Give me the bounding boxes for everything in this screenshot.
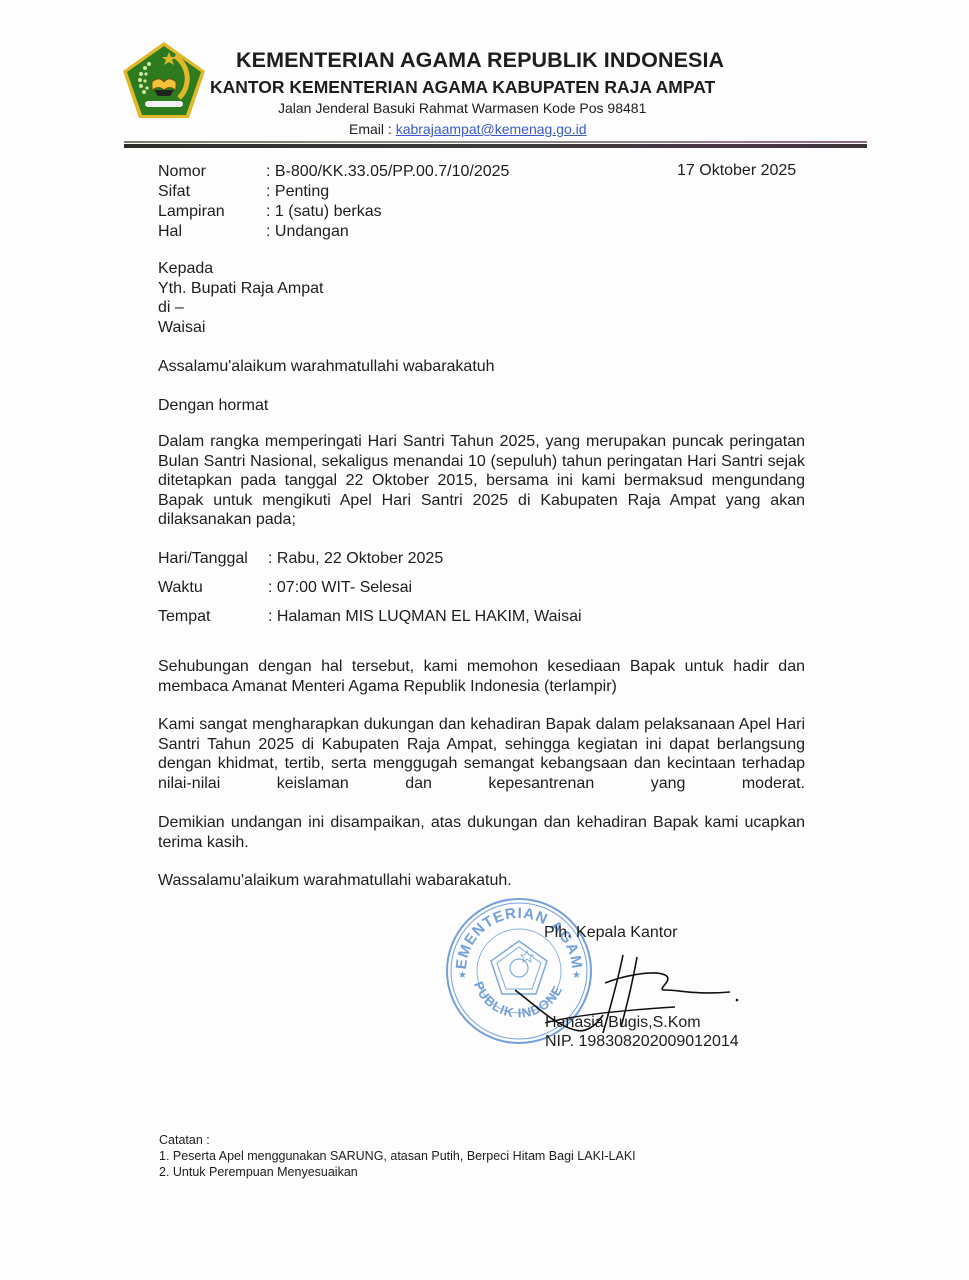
meta-value: : Undangan [266,222,349,242]
support-paragraph: Kami sangat mengharapkan dukungan dan ke… [158,715,805,793]
office-name: KANTOR KEMENTERIAN AGAMA KABUPATEN RAJA … [210,77,715,98]
meta-value: : B-800/KK.33.05/PP.00.7/10/2025 [266,162,509,182]
closing-paragraph: Demikian undangan ini disampaikan, atas … [158,813,805,852]
event-value: : 07:00 WIT- Selesai [268,579,412,608]
event-row-date: Hari/Tanggal : Rabu, 22 Oktober 2025 [158,550,582,579]
note-item: 1. Peserta Apel menggunakan SARUNG, atas… [159,1148,636,1164]
intro-paragraph: Dalam rangka memperingati Hari Santri Ta… [158,432,805,530]
office-email: Email : kabrajaampat@kemenag.go.id [349,121,587,137]
meta-label: Nomor [158,162,266,182]
meta-value: : 1 (satu) berkas [266,202,382,222]
signatory-name: Hanasia Bugis,S.Kom [545,1014,701,1032]
event-value: : Rabu, 22 Oktober 2025 [268,550,443,579]
event-details: Hari/Tanggal : Rabu, 22 Oktober 2025 Wak… [158,550,582,637]
salutation: Dengan hormat [158,396,268,416]
addressee-line: di – [158,298,323,318]
meta-row-lampiran: Lampiran : 1 (satu) berkas [158,202,509,222]
opening-greeting: Assalamu'alaikum warahmatullahi wabaraka… [158,357,495,377]
event-label: Waktu [158,579,268,608]
kemenag-logo-icon [121,40,207,120]
meta-row-hal: Hal : Undangan [158,222,509,242]
event-value: : Halaman MIS LUQMAN EL HAKIM, Waisai [268,608,582,637]
signatory-title: Plh. Kepala Kantor [544,924,677,942]
signatory-nip: NIP. 198308202009012014 [545,1033,739,1051]
meta-row-nomor: Nomor : B-800/KK.33.05/PP.00.7/10/2025 [158,162,509,182]
addressee-line: Waisai [158,318,323,338]
office-address: Jalan Jenderal Basuki Rahmat Warmasen Ko… [278,100,646,116]
meta-label: Lampiran [158,202,266,222]
request-paragraph: Sehubungan dengan hal tersebut, kami mem… [158,657,805,696]
letterhead-divider-thick [124,144,867,148]
email-link[interactable]: kabrajaampat@kemenag.go.id [396,121,587,137]
letter-meta: Nomor : B-800/KK.33.05/PP.00.7/10/2025 S… [158,162,509,242]
addressee-line: Kepada [158,259,323,279]
meta-label: Hal [158,222,266,242]
note-item: 2. Untuk Perempuan Menyesuaikan [159,1164,636,1180]
closing-greeting: Wassalamu'alaikum warahmatullahi wabarak… [158,871,512,891]
meta-value: : Penting [266,182,329,202]
letter-date: 17 Oktober 2025 [677,162,796,180]
event-label: Hari/Tanggal [158,550,268,579]
ministry-name: KEMENTERIAN AGAMA REPUBLIK INDONESIA [236,48,724,73]
addressee-block: Kepada Yth. Bupati Raja Ampat di – Waisa… [158,259,323,337]
meta-label: Sifat [158,182,266,202]
event-row-time: Waktu : 07:00 WIT- Selesai [158,579,582,608]
notes-heading: Catatan : [159,1132,636,1148]
email-label: Email : [349,121,396,137]
event-label: Tempat [158,608,268,637]
svg-text:★: ★ [458,970,467,981]
addressee-line: Yth. Bupati Raja Ampat [158,279,323,299]
event-row-place: Tempat : Halaman MIS LUQMAN EL HAKIM, Wa… [158,608,582,637]
letterhead-divider-thin [124,141,867,143]
meta-row-sifat: Sifat : Penting [158,182,509,202]
notes-section: Catatan : 1. Peserta Apel menggunakan SA… [159,1132,636,1180]
